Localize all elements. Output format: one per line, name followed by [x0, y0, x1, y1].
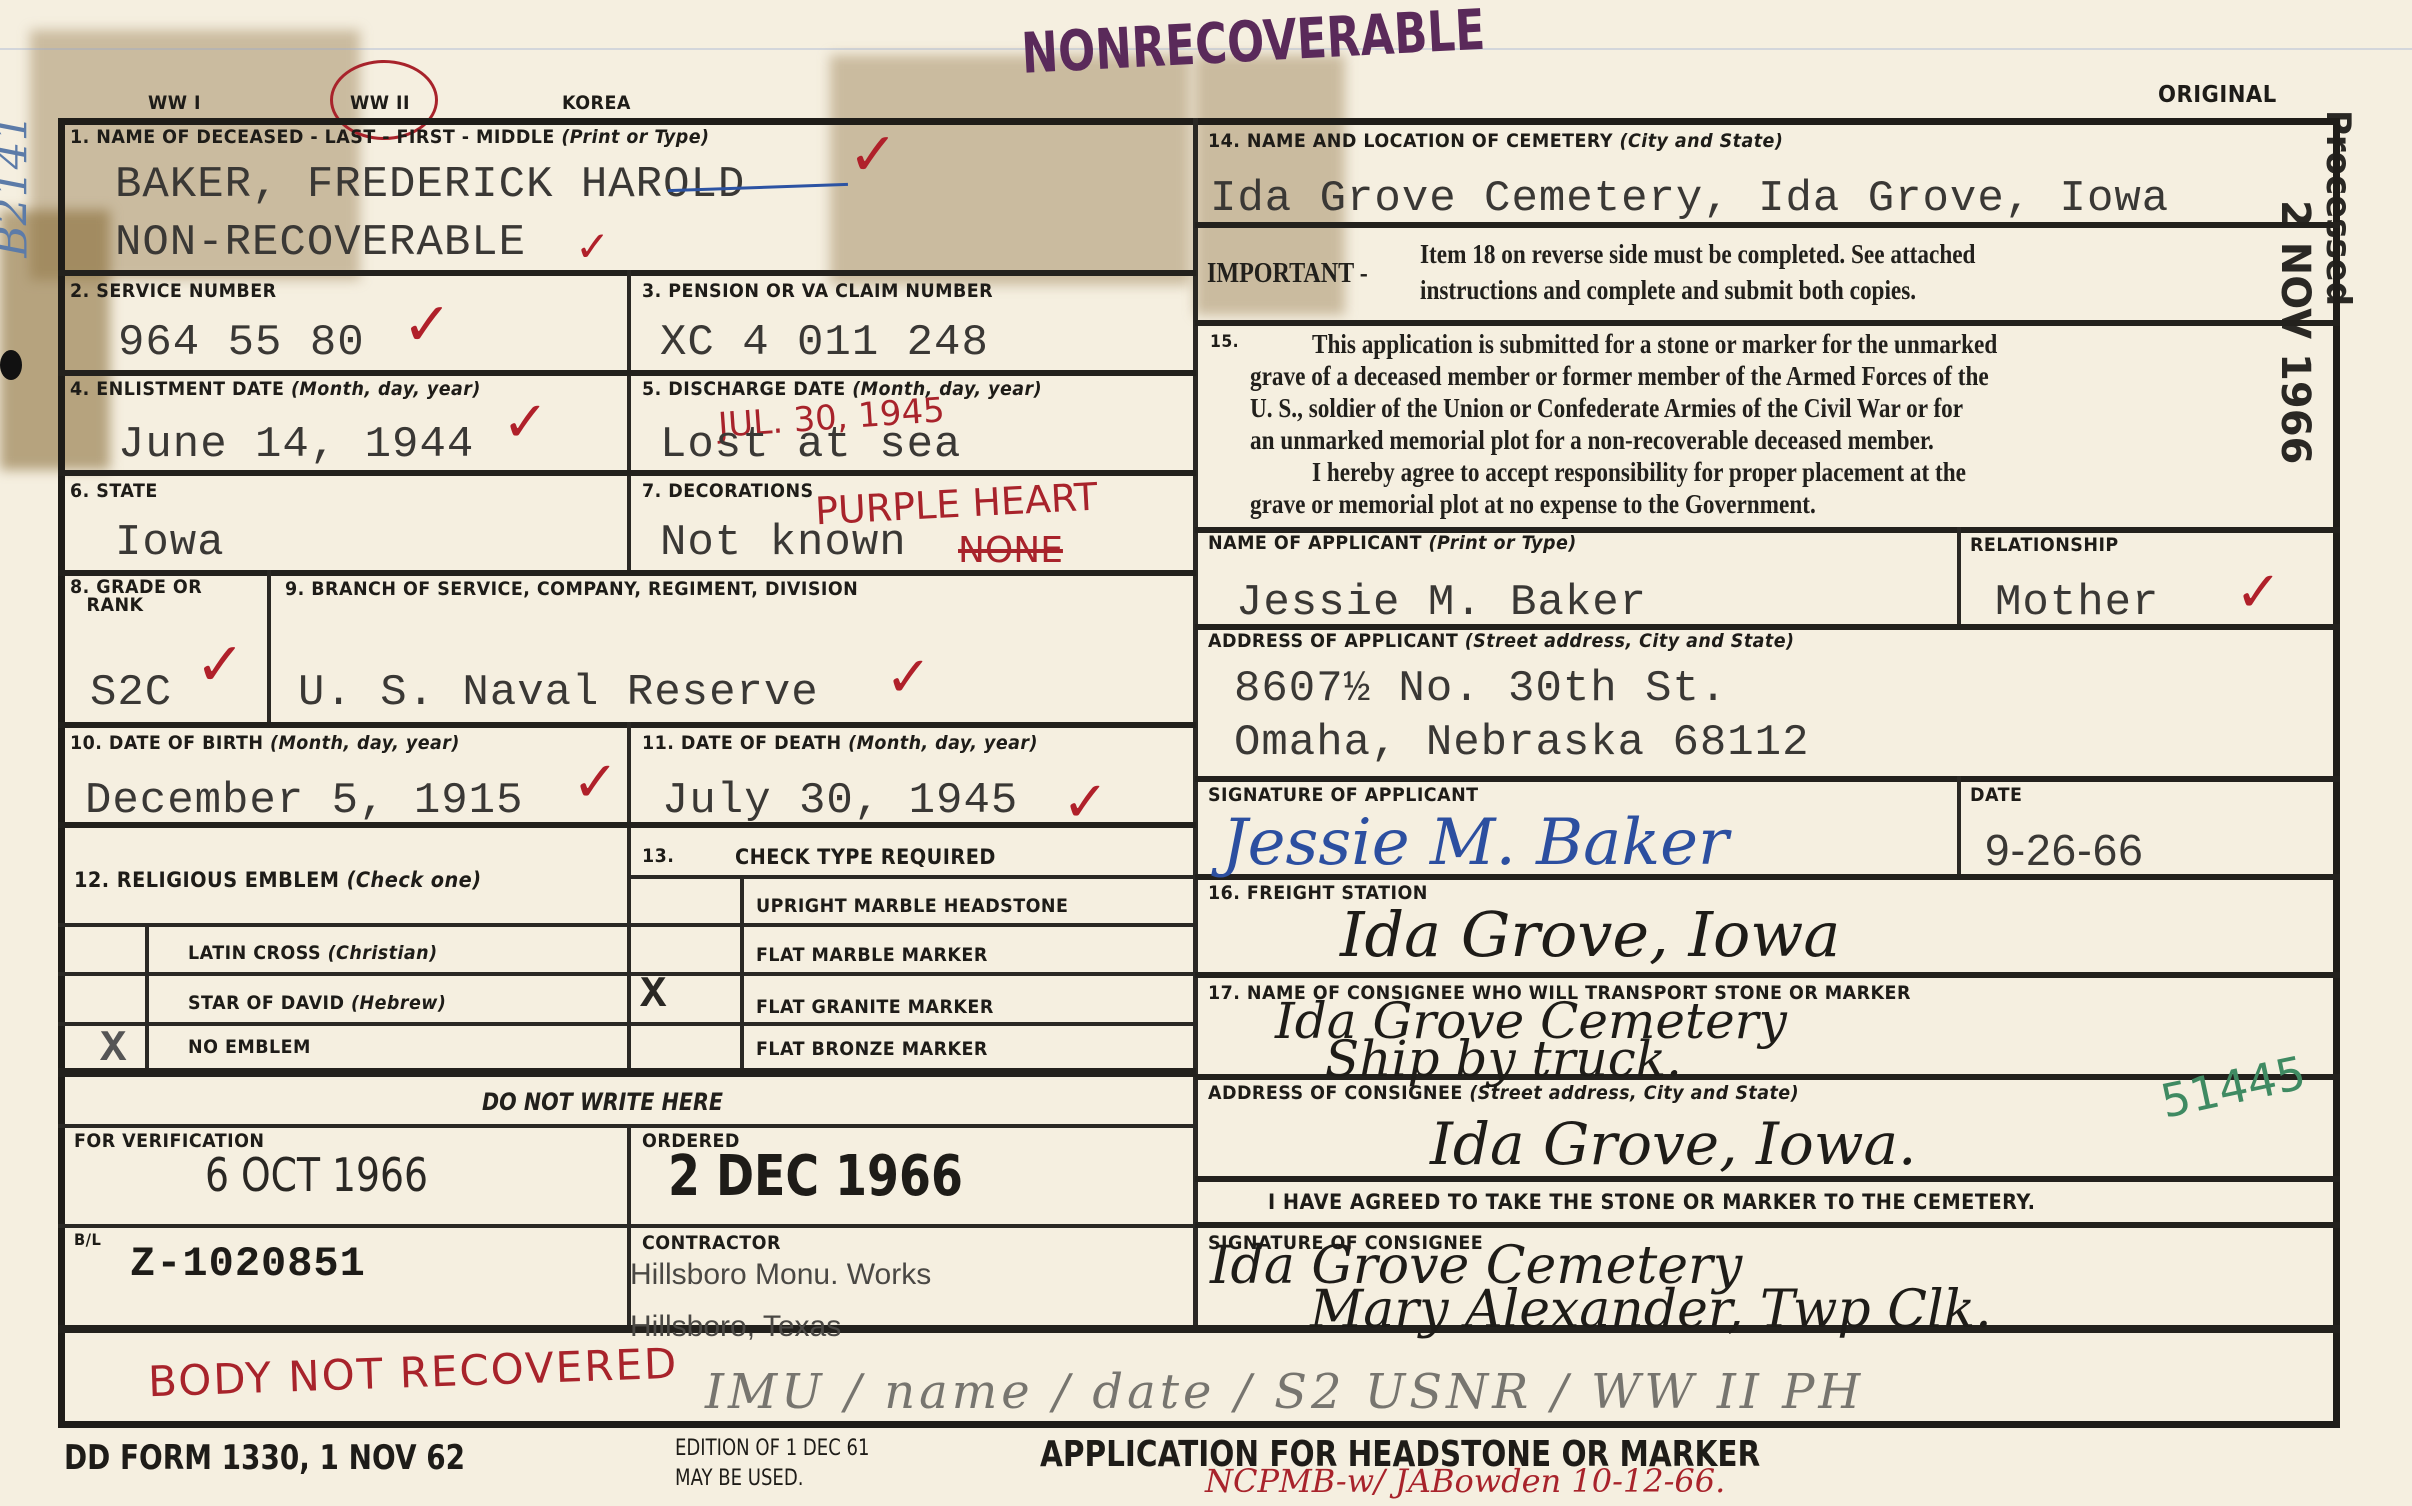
flat-bronze-option: FLAT BRONZE MARKER — [756, 1038, 988, 1060]
branch-label: 9. BRANCH OF SERVICE, COMPANY, REGIMENT,… — [285, 578, 858, 600]
contractor-label: CONTRACTOR — [642, 1232, 781, 1254]
form-frame — [58, 118, 2340, 1428]
consignee-address-value[interactable]: Ida Grove, Iowa. — [1430, 1110, 1917, 1178]
form-identifier: DD FORM 1330, 1 NOV 62 — [64, 1438, 465, 1478]
ordered-date: 2 DEC 1966 — [668, 1144, 963, 1209]
grade-label: 8. GRADE ORRANK — [70, 578, 202, 614]
important-line2: instructions and complete and submit bot… — [1420, 274, 1916, 306]
bill-of-lading-value: Z-1020851 — [130, 1240, 366, 1288]
bill-of-lading-label: B/L — [74, 1230, 101, 1249]
consignee-shipping-note[interactable]: Ship by truck. — [1325, 1030, 1682, 1088]
decorations-struck: NONE — [958, 530, 1063, 571]
upright-marble-checkbox[interactable] — [630, 878, 738, 922]
latin-cross-option: LATIN CROSS (Christian) — [188, 942, 438, 964]
service-number-value[interactable]: 964 55 80 — [118, 318, 365, 368]
divider — [58, 923, 1196, 927]
checkmark-icon: ✓ — [195, 630, 245, 700]
checkmark-icon: ✓ — [402, 290, 452, 360]
war-option-ww1: WW I — [148, 92, 201, 114]
service-number-label: 2. SERVICE NUMBER — [70, 280, 277, 302]
divider — [58, 470, 1196, 476]
margin-file-number: B2141 — [0, 113, 38, 257]
birth-date-label: 10. DATE OF BIRTH (Month, day, year) — [70, 732, 460, 754]
headstone-application-card: WW I WW II KOREA NONRECOVERABLE ORIGINAL… — [0, 0, 2412, 1506]
date-value[interactable]: 9-26-66 — [1985, 826, 2144, 876]
applicant-name-label: NAME OF APPLICANT (Print or Type) — [1208, 532, 1577, 554]
discharge-value[interactable]: Lost at sea — [660, 420, 961, 470]
divider — [1195, 1222, 2340, 1228]
deceased-status[interactable]: NON-RECOVERABLE — [115, 218, 526, 268]
divider — [1195, 320, 2340, 326]
original-copy-label: ORIGINAL — [2158, 82, 2277, 108]
checkmark-icon: ✓ — [575, 222, 610, 271]
no-emblem-checkbox[interactable]: X — [100, 1028, 144, 1068]
enlistment-value[interactable]: June 14, 1944 — [118, 420, 474, 470]
divider — [740, 875, 744, 1071]
nonrecoverable-stamp: NONRECOVERABLE — [1020, 0, 1487, 87]
statement-line: grave or memorial plot at no expense to … — [1250, 488, 1816, 520]
consignee-signature-line2[interactable]: Mary Alexander, Twp Clk. — [1310, 1280, 1992, 1340]
cemetery-label: 14. NAME AND LOCATION OF CEMETERY (City … — [1208, 130, 1783, 152]
claim-number-label: 3. PENSION OR VA CLAIM NUMBER — [642, 280, 993, 302]
grade-value[interactable]: S2C — [90, 668, 172, 718]
statement-line: This application is submitted for a ston… — [1312, 328, 1997, 360]
divider — [58, 1022, 1196, 1026]
consignee-agreement: I HAVE AGREED TO TAKE THE STONE OR MARKE… — [1268, 1190, 2035, 1214]
state-value[interactable]: Iowa — [115, 518, 225, 568]
statement-line: U. S., soldier of the Union or Confedera… — [1250, 392, 1963, 424]
name-label: 1. NAME OF DECEASED - LAST - FIRST - MID… — [70, 126, 710, 148]
branch-value[interactable]: U. S. Naval Reserve — [298, 668, 819, 718]
statement-line: I hereby agree to accept responsibility … — [1312, 456, 1966, 488]
edition-note-line2: MAY BE USED. — [675, 1466, 803, 1491]
divider — [58, 1224, 1196, 1228]
religious-emblem-label: 12. RELIGIOUS EMBLEM (Check one) — [74, 868, 482, 892]
important-line1: Item 18 on reverse side must be complete… — [1420, 238, 1975, 270]
checkmark-icon: ✓ — [885, 645, 932, 710]
applicant-signature-label: SIGNATURE OF APPLICANT — [1208, 784, 1479, 806]
checkmark-icon: ✓ — [848, 120, 898, 190]
applicant-signature[interactable]: Jessie M. Baker — [1222, 806, 1729, 880]
no-emblem-option: NO EMBLEM — [188, 1036, 311, 1058]
war-option-korea: KOREA — [562, 92, 631, 114]
statement-line: grave of a deceased member or former mem… — [1250, 360, 1989, 392]
checkmark-icon: ✓ — [1062, 770, 1109, 835]
freight-station-value[interactable]: Ida Grove, Iowa — [1340, 898, 1840, 971]
divider — [1195, 776, 2340, 782]
flat-marble-checkbox[interactable] — [630, 927, 738, 971]
decorations-label: 7. DECORATIONS — [642, 480, 814, 502]
divider — [58, 1325, 2340, 1333]
flat-marble-option: FLAT MARBLE MARKER — [756, 944, 988, 966]
edition-note-line1: EDITION OF 1 DEC 61 — [675, 1436, 869, 1461]
red-footer-note: NCPMB-w/ JABowden 10-12-66. — [1205, 1462, 1725, 1500]
divider — [58, 972, 1196, 976]
deceased-name[interactable]: BAKER, FREDERICK HAROLD — [115, 160, 745, 210]
checkmark-icon: ✓ — [2235, 560, 2282, 625]
flat-bronze-checkbox[interactable] — [630, 1026, 738, 1068]
office-use-heading: DO NOT WRITE HERE — [482, 1086, 723, 1118]
upright-marble-option: UPRIGHT MARBLE HEADSTONE — [756, 895, 1068, 917]
birth-date-value[interactable]: December 5, 1915 — [85, 776, 523, 826]
divider — [58, 1068, 1196, 1077]
cemetery-value[interactable]: Ida Grove Cemetery, Ida Grove, Iowa — [1210, 174, 2169, 224]
statement-line: an unmarked memorial plot for a non-reco… — [1250, 424, 1934, 456]
applicant-address-line1[interactable]: 8607½ No. 30th St. — [1234, 664, 1727, 714]
state-label: 6. STATE — [70, 480, 158, 502]
important-label: IMPORTANT - — [1207, 258, 1368, 290]
divider — [1957, 776, 1961, 876]
statement-number: 15. — [1210, 332, 1239, 352]
claim-number-value[interactable]: XC 4 011 248 — [660, 318, 989, 368]
date-label: DATE — [1970, 784, 2022, 806]
enlistment-label: 4. ENLISTMENT DATE (Month, day, year) — [70, 378, 481, 400]
death-date-value[interactable]: July 30, 1945 — [662, 776, 1018, 826]
checkmark-icon: ✓ — [502, 390, 549, 455]
applicant-address-label: ADDRESS OF APPLICANT (Street address, Ci… — [1208, 630, 1794, 652]
checkmark-icon: ✓ — [572, 750, 619, 815]
relationship-label: RELATIONSHIP — [1970, 534, 2119, 556]
divider — [627, 270, 631, 570]
star-of-david-option: STAR OF DAVID (Hebrew) — [188, 992, 446, 1014]
divider — [1195, 972, 2340, 978]
star-of-david-checkbox[interactable] — [60, 976, 144, 1022]
applicant-name-value[interactable]: Jessie M. Baker — [1236, 578, 1647, 628]
relationship-value[interactable]: Mother — [1995, 578, 2159, 628]
divider — [58, 370, 1196, 376]
contractor-name: Hillsboro Monu. Works — [630, 1258, 931, 1292]
marker-type-number: 13. — [642, 845, 674, 867]
divider — [145, 923, 149, 1071]
flat-granite-checkbox[interactable]: X — [640, 972, 738, 1020]
marker-type-label: CHECK TYPE REQUIRED — [735, 845, 996, 869]
divider — [1957, 527, 1961, 627]
decorations-value[interactable]: Not known — [660, 518, 907, 568]
divider — [267, 570, 271, 725]
applicant-address-line2[interactable]: Omaha, Nebraska 68112 — [1234, 718, 1810, 768]
flat-granite-option: FLAT GRANITE MARKER — [756, 996, 994, 1018]
ink-blot — [0, 350, 22, 380]
death-date-label: 11. DATE OF DEATH (Month, day, year) — [642, 732, 1038, 754]
pencil-summary-note: IMU / name / date / S2 USNR / WW II PH — [705, 1364, 1864, 1420]
verification-date: 6 OCT 1966 — [205, 1148, 428, 1202]
latin-cross-checkbox[interactable] — [60, 926, 144, 972]
consignee-address-label: ADDRESS OF CONSIGNEE (Street address, Ci… — [1208, 1082, 1799, 1104]
